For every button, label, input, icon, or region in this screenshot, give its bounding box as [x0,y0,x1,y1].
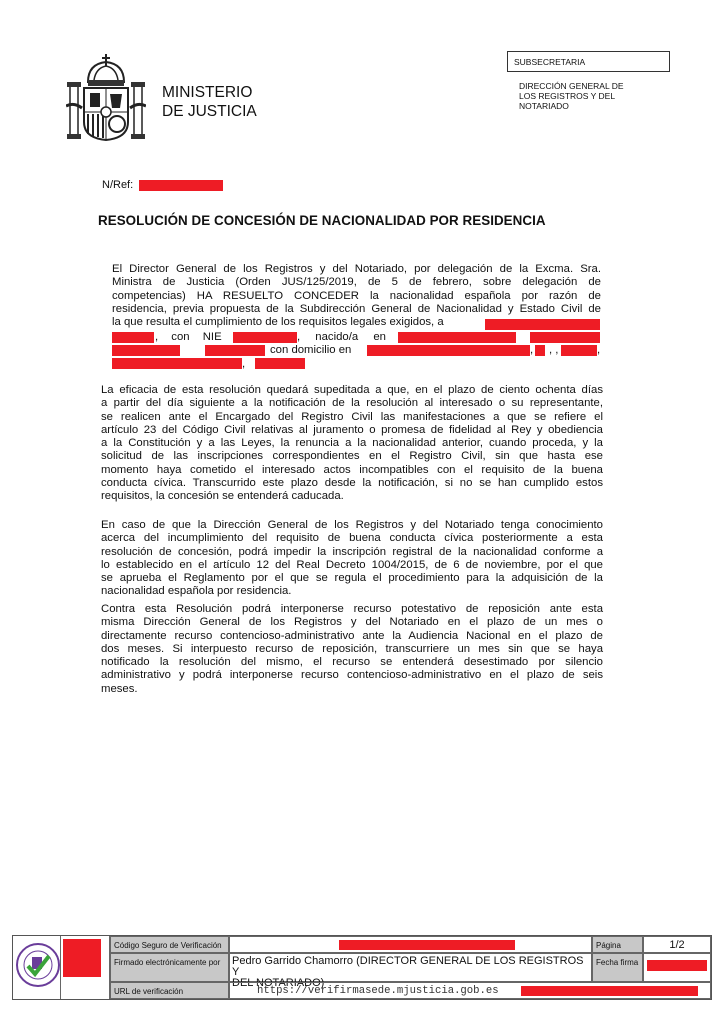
text-line: administrativo y podrá interponerse recu… [101,669,603,682]
ministry-line-1: MINISTERIO [162,83,257,102]
page-label: Página [592,936,643,953]
redaction-province [255,358,305,369]
text-line: lo establecido en el artículo 12 del Rea… [101,559,603,572]
text-line: La eficacia de esta resolución quedará s… [101,384,603,397]
url-label: URL de verificación [110,982,229,999]
direccion-line-2: LOS REGISTROS Y DEL [519,91,659,101]
redaction-birthdate [205,345,265,356]
text-line: solicitud de las inscripciones correspon… [101,450,603,463]
redaction-name-cont [112,332,154,343]
text-line: acerca del incumplimiento del requisito … [101,532,603,545]
seal-cell [13,936,61,999]
page-value: 1/2 [643,936,711,953]
text-con-nie: , con NIE [155,331,222,343]
redaction-name [485,319,600,330]
coat-of-arms-logo [66,46,146,141]
document-title: RESOLUCIÓN DE CONCESIÓN DE NACIONALIDAD … [98,213,546,228]
comma-sequence: , , [549,344,558,356]
signer-line-1: Pedro Garrido Chamorro (DIRECTOR GENERAL… [232,956,591,978]
csv-value [229,936,592,953]
redaction-nie [233,332,297,343]
text-line: El Director General de los Registros y d… [112,263,601,276]
text-nacido: , nacido/a en [297,331,386,343]
csv-label: Código Seguro de Verificación [110,936,229,953]
text-line: Ministra de Justicia (Orden JUS/125/2019… [112,276,601,289]
text-line: se realicen ante el Encargado del Regist… [101,411,603,424]
paragraph-conduct: En caso de que la Dirección General de l… [101,519,603,599]
redaction-date [647,960,707,971]
redaction-birthplace-3 [112,345,180,356]
text-line: directamente recurso contencioso-adminis… [101,630,603,643]
comma: , [242,358,245,370]
redaction-city [112,358,242,369]
text-line: competencias) HA RESUELTO CONCEDER la na… [112,290,601,303]
redaction-address [367,345,530,356]
verification-url-link[interactable]: https://verifirmasede.mjusticia.gob.es [257,985,499,997]
text-domicilio: con domicilio en [270,344,351,356]
redaction-reference [139,180,223,191]
verification-footer: Código Seguro de Verificación Página 1/2… [12,935,712,1000]
qr-cell [61,936,110,999]
text-line: dos meses. Si interpuesto recurso de rep… [101,643,603,656]
direccion-general: DIRECCIÓN GENERAL DE LOS REGISTROS Y DEL… [519,81,659,111]
text-line: resolución de concesión, podrá impedir l… [101,546,603,559]
subsecretaria-label: SUBSECRETARIA [514,57,585,67]
direccion-line-1: DIRECCIÓN GENERAL DE [519,81,659,91]
text-line: misma Dirección General de los Registros… [101,616,603,629]
text-line: notificado la resolución del mismo, el r… [101,656,603,669]
text-line: momento haya cometido el interesado acto… [101,464,603,477]
digital-signature-seal-icon [15,942,61,988]
redaction-url-code [521,986,698,996]
redaction-qr-code [63,939,101,977]
ministry-name: MINISTERIO DE JUSTICIA [162,83,257,121]
subsecretaria-box: SUBSECRETARIA [507,51,670,72]
date-label: Fecha firma [592,953,643,982]
redaction-address-number [535,345,545,356]
paragraph-efficacy: La eficacia de esta resolución quedará s… [101,384,603,504]
text-line: artículo 23 del Código Civil relativas a… [101,424,603,437]
text-line: Contra esta Resolución podrá interponers… [101,603,603,616]
text-line: En caso de que la Dirección General de l… [101,519,603,532]
text-line: se aprueba el Reglamento por el que se r… [101,572,603,585]
redaction-csv [339,940,515,950]
date-value [643,953,711,982]
text-line: residencia, previa propuesta de la Subdi… [112,303,601,316]
comma: , [597,344,600,356]
text-line: requisitos, la concesión se entenderá ca… [101,490,603,503]
text-line: a la Constitución y a las Leyes, la renu… [101,437,603,450]
signed-label: Firmado electrónicamente por [110,953,229,982]
redaction-birthplace [398,332,516,343]
text-line: meses. [101,683,603,696]
redaction-postal-code [561,345,597,356]
comma: , [530,344,533,356]
direccion-line-3: NOTARIADO [519,101,659,111]
text-line: nacionalidad española por residencia. [101,585,603,598]
paragraph-appeal: Contra esta Resolución podrá interponers… [101,603,603,696]
redaction-birthplace-2 [530,332,600,343]
text-line: conducta cívica. Transcurrido este plazo… [101,477,603,490]
reference-label: N/Ref: [102,179,133,191]
ministry-line-2: DE JUSTICIA [162,102,257,121]
text-line: a partir del día siguiente a la notifica… [101,397,603,410]
signed-value: Pedro Garrido Chamorro (DIRECTOR GENERAL… [229,953,592,982]
url-cell[interactable]: https://verifirmasede.mjusticia.gob.es [229,982,711,999]
